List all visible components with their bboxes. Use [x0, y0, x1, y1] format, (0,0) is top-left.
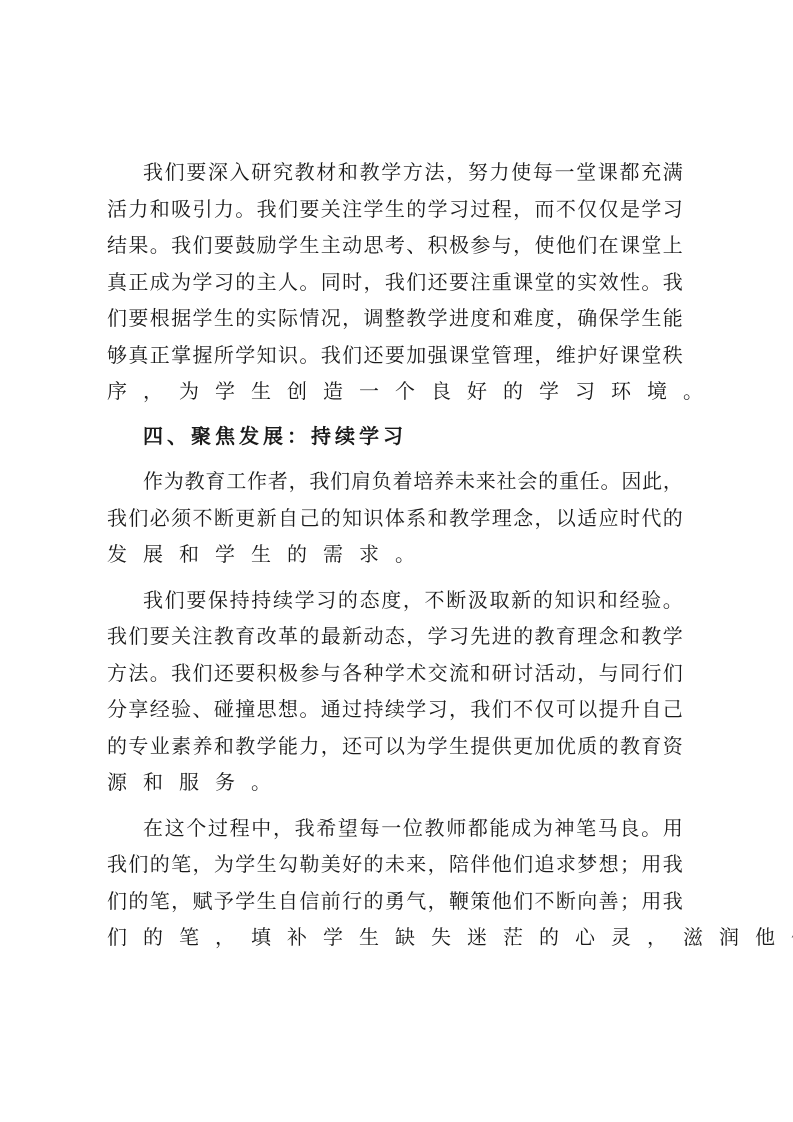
paragraph-1-line-5: 们要根据学生的实际情况，调整教学进度和难度，确保学生能	[107, 300, 683, 336]
paragraph-2-line-3: 发展和学生的需求。	[107, 536, 683, 572]
paragraph-1-line-1: 我们要深入研究教材和教学方法，努力使每一堂课都充满	[143, 154, 683, 190]
paragraph-3-line-3: 方法。我们还要积极参与各种学术交流和研讨活动，与同行们	[107, 655, 683, 691]
paragraph-3-line-6: 源和服务。	[107, 764, 683, 800]
paragraph-3-line-4: 分享经验、碰撞思想。通过持续学习，我们不仅可以提升自己	[107, 691, 683, 727]
paragraph-1-line-4: 真正成为学习的主人。同时，我们还要注重课堂的实效性。我	[107, 264, 683, 300]
paragraph-4-line-2: 我们的笔，为学生勾勒美好的未来，陪伴他们追求梦想；用我	[107, 846, 683, 882]
section-heading: 四、聚焦发展：持续学习	[143, 418, 407, 454]
paragraph-4-line-4: 们的笔，填补学生缺失迷茫的心灵，滋润他们开心成长。	[107, 919, 683, 955]
document-page: 我们要深入研究教材和教学方法，努力使每一堂课都充满 活力和吸引力。我们要关注学生…	[0, 0, 793, 1122]
paragraph-3-line-2: 我们要关注教育改革的最新动态，学习先进的教育理念和教学	[107, 618, 683, 654]
paragraph-3-line-1: 我们要保持持续学习的态度，不断汲取新的知识和经验。	[143, 582, 683, 618]
paragraph-2-line-2: 我们必须不断更新自己的知识体系和教学理念，以适应时代的	[107, 500, 683, 536]
paragraph-1-line-7: 序，为学生创造一个良好的学习环境。	[107, 373, 683, 409]
paragraph-3-line-5: 的专业素养和教学能力，还可以为学生提供更加优质的教育资	[107, 728, 683, 764]
paragraph-4-line-3: 们的笔，赋予学生自信前行的勇气，鞭策他们不断向善；用我	[107, 883, 683, 919]
paragraph-1-line-6: 够真正掌握所学知识。我们还要加强课堂管理，维护好课堂秩	[107, 337, 683, 373]
paragraph-2-line-1: 作为教育工作者，我们肩负着培养未来社会的重任。因此，	[143, 463, 683, 499]
paragraph-1-line-3: 结果。我们要鼓励学生主动思考、积极参与，使他们在课堂上	[107, 227, 683, 263]
paragraph-4-line-1: 在这个过程中，我希望每一位教师都能成为神笔马良。用	[143, 810, 683, 846]
paragraph-1-line-2: 活力和吸引力。我们要关注学生的学习过程，而不仅仅是学习	[107, 191, 683, 227]
